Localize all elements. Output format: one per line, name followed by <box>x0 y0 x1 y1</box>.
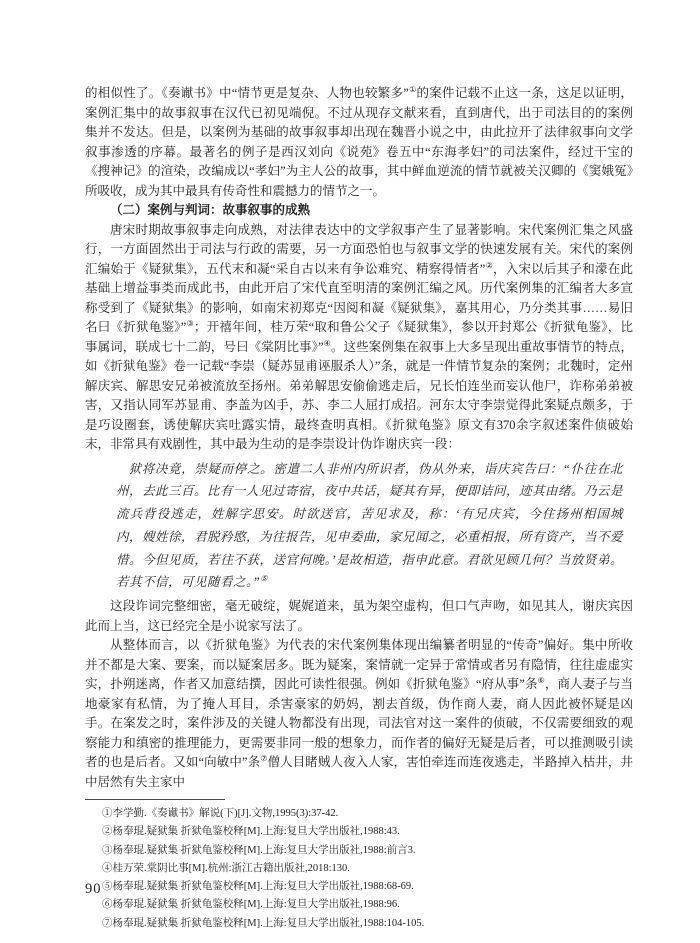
footnote: ①李学勤.《奏谳书》解说(下)[J].文物,1995(3):37-42. <box>85 805 633 823</box>
para-overall: 从整体而言，以《折狱龟鉴》为代表的宋代案例集体现出编纂者明显的“传奇”偏好。集中… <box>85 636 633 792</box>
para-continuation: 的相似性了。《奏谳书》中“情节更是复杂、人物也较繁多”①的案件记载不止这一条，这… <box>85 84 633 201</box>
block-quote: 狱将决竟，崇疑而停之。密遣二人非州内所识者，伪从外来，诣庆宾告曰：“仆往在北州，… <box>116 458 623 595</box>
footnote: ③杨奉琨.疑狱集 折狱龟鉴校释[M].上海:复旦大学出版社,1988:前言3. <box>85 842 633 860</box>
para-comment: 这段诈词完整细密，毫无破绽，娓娓道来，虽为架空虚构，但口气声吻，如见其人，谢庆宾… <box>85 597 633 636</box>
footnote: ②杨奉琨.疑狱集 折狱龟鉴校释[M].上海:复旦大学出版社,1988:43. <box>85 823 633 841</box>
footnote-divider <box>85 799 225 800</box>
section-heading: （二）案例与判词：故事叙事的成熟 <box>85 201 633 221</box>
footnote: ⑥杨奉琨.疑狱集 折狱龟鉴校释[M].上海:复旦大学出版社,1988:96. <box>85 896 633 914</box>
footnote-list: ①李学勤.《奏谳书》解说(下)[J].文物,1995(3):37-42. ②杨奉… <box>85 805 633 932</box>
footnote: ④桂万荣.棠阴比事[M].杭州:浙江古籍出版社,2018:130. <box>85 860 633 878</box>
document-page: 的相似性了。《奏谳书》中“情节更是复杂、人物也较繁多”①的案件记载不止这一条，这… <box>0 0 700 943</box>
footnote: ⑦杨奉琨.疑狱集 折狱龟鉴校释[M].上海:复旦大学出版社,1988:104-1… <box>85 915 633 933</box>
footnote: ⑤杨奉琨.疑狱集 折狱龟鉴校释[M].上海:复旦大学出版社,1988:68-69… <box>85 878 633 896</box>
page-number: 90 <box>85 881 102 898</box>
body-text: 的相似性了。《奏谳书》中“情节更是复杂、人物也较繁多”①的案件记载不止这一条，这… <box>85 84 633 933</box>
para-song-cases: 唐宋时期故事叙事走向成熟，对法律表达中的文学叙事产生了显著影响。宋代案例汇集之风… <box>85 221 633 455</box>
